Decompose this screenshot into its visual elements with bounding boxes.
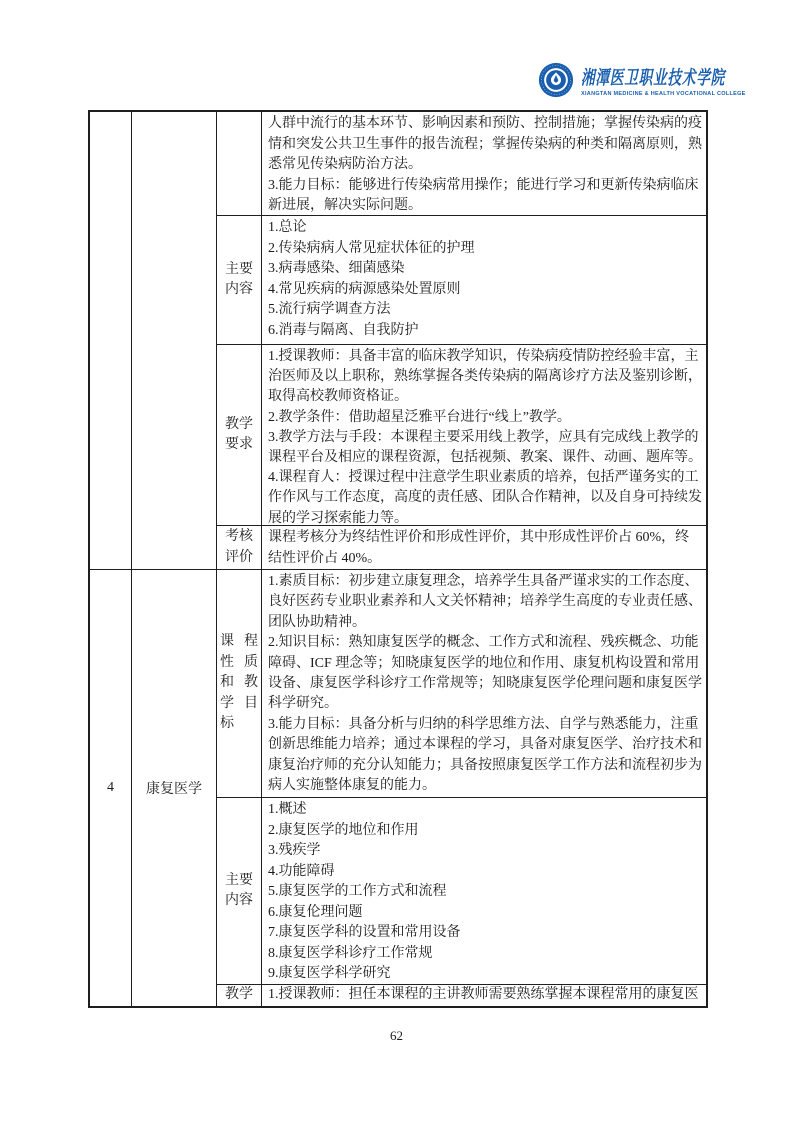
row-label-main-content: 主要内容 [217,798,262,985]
content-paragraph: 人群中流行的基本环节、影响因素和预防、控制措施；掌握传染病的疫情和突发公共卫生事… [268,114,702,176]
course-name-cell [132,112,217,570]
course-index-cell [90,112,132,570]
content-paragraph: 5.流行病学调查方法 [268,300,702,321]
content-paragraph: 2.知识目标：熟知康复医学的概念、工作方式和流程、残疾概念、功能障碍、ICF 理… [268,633,702,715]
content-paragraph: 1.授课教师：具备丰富的临床教学知识，传染病疫情防控经验丰富，主治医师及以上职称… [268,347,702,408]
college-name-en: XIANGTAN MEDICINE & HEALTH VOCATIONAL CO… [581,91,781,97]
content-teaching-req: 1.授课教师：担任本课程的主讲教师需要熟练掌握本课程常用的康复医 [262,985,706,1006]
content-paragraph: 2.教学条件：借助超星泛雅平台进行“线上”教学。 [268,408,702,428]
college-name-zh: 湘潭医卫职业技术学院 [581,68,725,89]
content-course-objectives: 1.素质目标：初步建立康复理念，培养学生具备严谨求实的工作态度、良好医药专业职业… [262,570,706,798]
content-paragraph: 8.康复医学科诊疗工作常规 [268,944,702,965]
content-paragraph: 1.总论 [268,218,702,239]
content-paragraph: 1.授课教师：担任本课程的主讲教师需要熟练掌握本课程常用的康复医 [268,985,702,1006]
content-paragraph: 1.概述 [268,800,702,821]
row-label-course-objectives: 课程性质和教学目标 [217,570,262,798]
content-paragraph: 2.康复医学的地位和作用 [268,821,702,842]
content-assessment: 课程考核分为终结性评价和形成性评价，其中形成性评价占 60%，终结性评价占 40… [262,526,706,570]
content-paragraph: 1.素质目标：初步建立康复理念，培养学生具备严谨求实的工作态度、良好医药专业职业… [268,572,702,633]
row-label-main-content: 主要内容 [217,216,262,345]
content-paragraph: 3.残疾学 [268,841,702,862]
content-paragraph: 2.传染病病人常见症状体征的护理 [268,239,702,260]
row-label-objectives-cont [217,112,262,216]
content-paragraph: 课程考核分为终结性评价和形成性评价，其中形成性评价占 60%，终结性评价占 40… [268,528,702,569]
content-paragraph: 3.教学方法与手段：本课程主要采用线上教学，应具有完成线上教学的课程平台及相应的… [268,428,702,468]
content-paragraph: 3.能力目标：具备分析与归纳的科学思维方法、自学与熟悉能力，注重创新思维能力培养… [268,715,702,797]
content-main-content: 1.概述 2.康复医学的地位和作用 3.残疾学 4.功能障碍 5.康复医学的工作… [262,798,706,985]
content-paragraph: 4.功能障碍 [268,862,702,883]
content-paragraph: 3.能力目标：能够进行传染病常用操作；能进行学习和更新传染病临床新进展，解决实际… [268,176,702,217]
content-teaching-req: 1.授课教师：具备丰富的临床教学知识，传染病疫情防控经验丰富，主治医师及以上职称… [262,345,706,526]
college-logo: 湘潭医卫职业技术学院 XIANGTAN MEDICINE & HEALTH VO… [538,62,781,103]
course-syllabus-table: 人群中流行的基本环节、影响因素和预防、控制措施；掌握传染病的疫情和突发公共卫生事… [88,110,708,1008]
course-index-cell: 4 [90,570,132,1006]
content-paragraph: 5.康复医学的工作方式和流程 [268,882,702,903]
page-number: 62 [0,1028,793,1044]
row-label-assessment: 考核评价 [217,526,262,570]
content-paragraph: 7.康复医学科的设置和常用设备 [268,923,702,944]
content-paragraph: 4.常见疾病的病源感染处置原则 [268,280,702,301]
course-name-cell: 康复医学 [132,570,217,1006]
college-logo-icon [538,62,574,103]
content-paragraph: 9.康复医学科学研究 [268,964,702,985]
row-label-teaching-req: 教学 [217,985,262,1006]
content-paragraph: 6.康复伦理问题 [268,903,702,924]
content-paragraph: 4.课程育人：授课过程中注意学生职业素质的培养，包括严谨务实的工作作风与工作态度… [268,468,702,526]
content-main-content: 1.总论 2.传染病病人常见症状体征的护理 3.病毒感染、细菌感染 4.常见疾病… [262,216,706,345]
row-label-teaching-req: 教学要求 [217,345,262,526]
content-paragraph: 3.病毒感染、细菌感染 [268,259,702,280]
content-paragraph: 6.消毒与隔离、自我防护 [268,321,702,342]
content-objectives-cont: 人群中流行的基本环节、影响因素和预防、控制措施；掌握传染病的疫情和突发公共卫生事… [262,112,706,216]
